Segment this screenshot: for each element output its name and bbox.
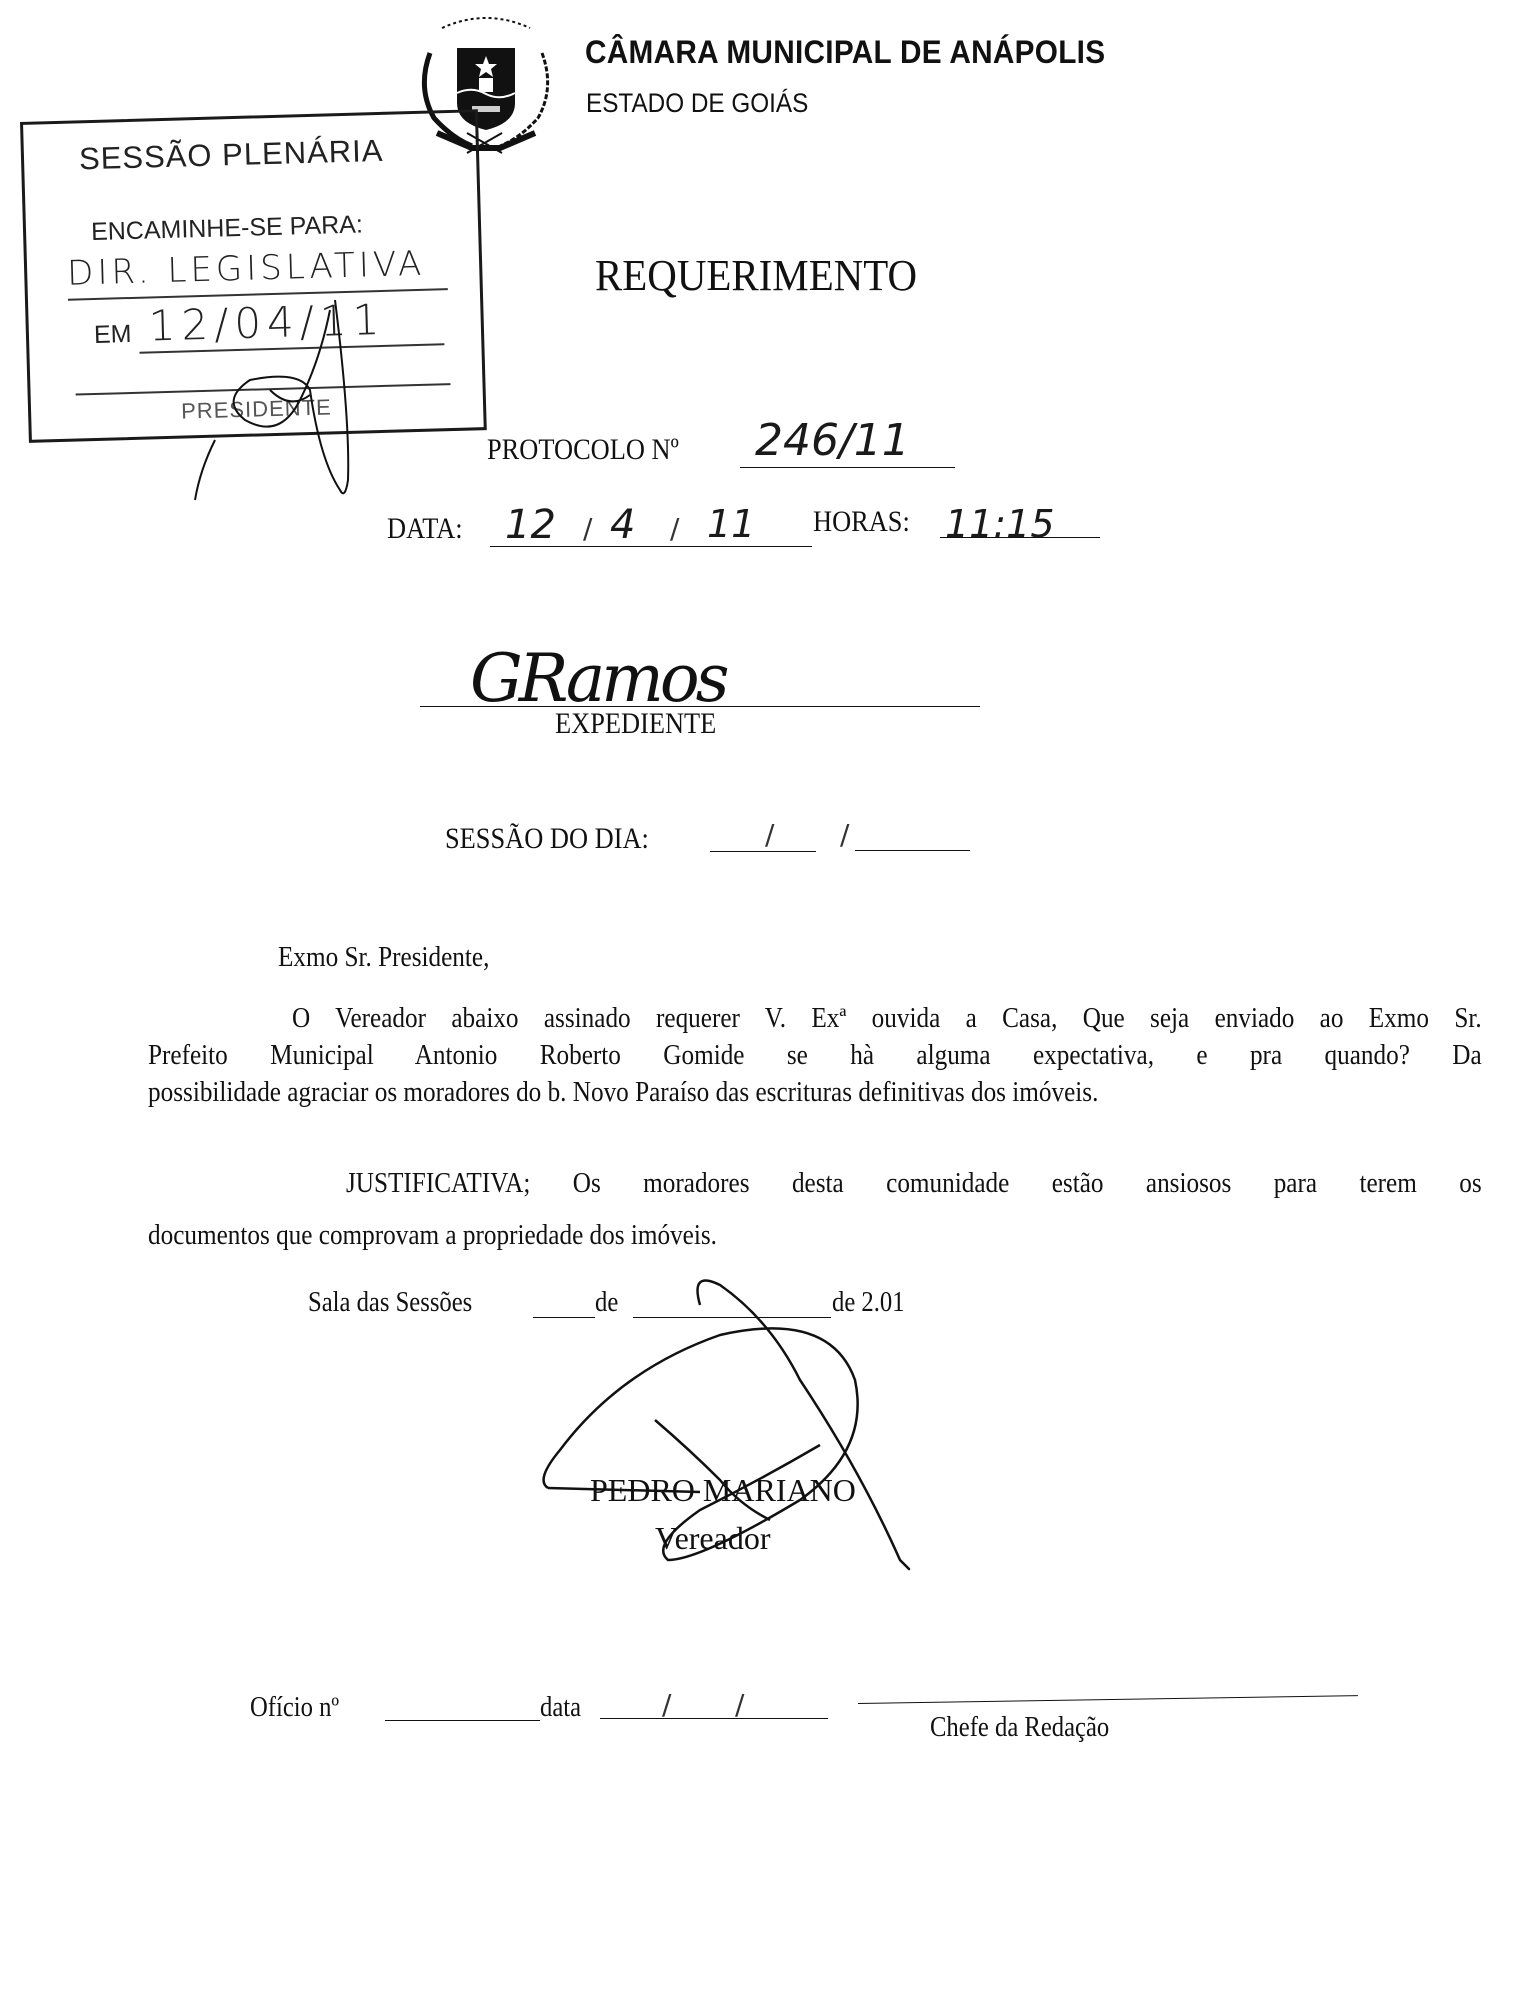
sessao-month-blank	[760, 851, 816, 852]
closing-month-blank	[633, 1317, 831, 1318]
oficio-number-blank	[385, 1720, 540, 1721]
greeting: Exmo Sr. Presidente,	[278, 942, 489, 974]
oficio-data-label: data	[540, 1692, 581, 1724]
oficio-date-blank	[600, 1718, 828, 1719]
oficio-label: Ofício nº	[250, 1692, 339, 1724]
closing-day-blank	[533, 1317, 595, 1318]
justification: JUSTIFICATIVA; Os moradores desta comuni…	[148, 1158, 1483, 1262]
stamp-president-label: PRESIDENTE	[181, 394, 332, 424]
request-body: O Vereador abaixo assinado requerer V. E…	[148, 1000, 1483, 1111]
data-day: 12	[505, 502, 556, 548]
closing-de: de	[595, 1287, 618, 1319]
date-separator: /	[735, 1688, 744, 1721]
institution-subtitle: ESTADO DE GOIÁS	[586, 88, 808, 119]
body-line: Prefeito Municipal Antonio Roberto Gomid…	[148, 1037, 1482, 1074]
date-separator: /	[765, 818, 774, 851]
protocolo-label: PROTOCOLO Nº	[487, 433, 679, 467]
date-separator: /	[840, 818, 849, 851]
expediente-label: EXPEDIENTE	[555, 707, 716, 741]
sessao-year-blank	[855, 850, 970, 851]
stamp-destination: DIR. LEGISLATIVA	[67, 244, 426, 294]
body-line: possibilidade agraciar os moradores do b…	[148, 1074, 1482, 1111]
date-separator: /	[662, 1688, 671, 1721]
chefe-da-redacao-label: Chefe da Redação	[930, 1712, 1109, 1744]
stamp-forward-label: ENCAMINHE-SE PARA:	[91, 210, 364, 247]
protocolo-underline	[740, 467, 955, 468]
sala-das-sessoes-label: Sala das Sessões	[308, 1287, 472, 1319]
data-underline	[490, 546, 812, 547]
stamp-em-label: EM	[94, 320, 132, 350]
justification-line: documentos que comprovam a propriedade d…	[148, 1210, 1482, 1262]
horas-underline	[940, 537, 1100, 538]
horas-value: 11:15	[945, 502, 1055, 546]
date-separator: /	[583, 512, 592, 545]
chefe-signature-line	[858, 1695, 1358, 1704]
closing-year: de 2.01	[832, 1287, 905, 1319]
institution-title: CÂMARA MUNICIPAL DE ANÁPOLIS	[585, 34, 1105, 71]
justification-line: JUSTIFICATIVA; Os moradores desta comuni…	[148, 1158, 1482, 1210]
signer-role: Vereador	[655, 1520, 770, 1557]
stamp-signature-line	[76, 383, 451, 395]
signer-name: PEDRO MARIANO	[590, 1472, 856, 1509]
data-label: DATA:	[387, 512, 463, 546]
sessao-day-blank	[710, 851, 760, 852]
sessao-do-dia-label: SESSÃO DO DIA:	[445, 822, 649, 856]
body-line: O Vereador abaixo assinado requerer V. E…	[148, 1000, 1482, 1037]
document-type-title: REQUERIMENTO	[595, 250, 917, 301]
stamp-date: 12/04/11	[148, 295, 386, 351]
stamp-title: SESSÃO PLENÁRIA	[79, 133, 384, 177]
protocolo-number: 246/11	[755, 415, 910, 466]
data-month: 4	[610, 502, 635, 548]
data-year: 11	[707, 502, 755, 546]
date-separator: /	[670, 512, 679, 545]
horas-label: HORAS:	[813, 505, 910, 539]
plenary-session-stamp: SESSÃO PLENÁRIA ENCAMINHE-SE PARA: DIR. …	[20, 109, 487, 443]
